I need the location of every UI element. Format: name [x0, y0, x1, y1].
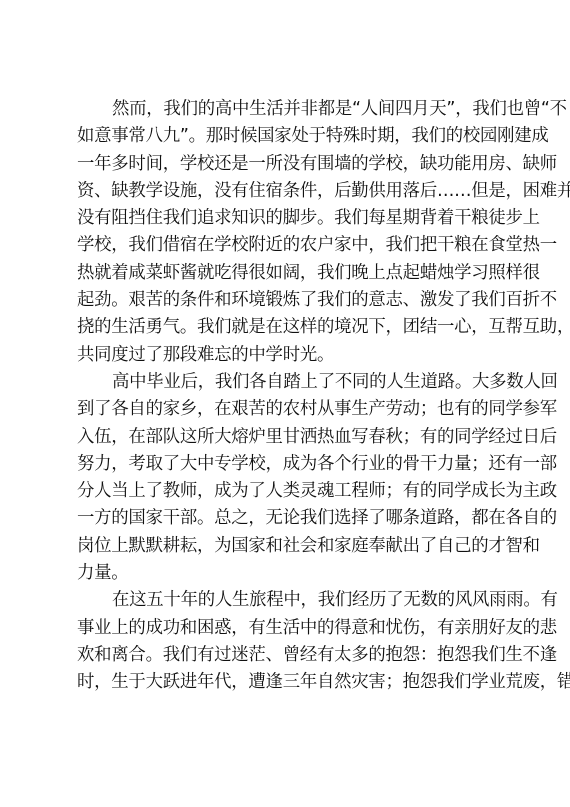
text-line: 挠的生活勇气。我们就是在这样的境况下，团结一心，互帮互助， [77, 314, 501, 341]
text-line: 分人当上了教师，成为了人类灵魂工程师；有的同学成长为主政 [77, 478, 501, 505]
text-line: 高中毕业后，我们各自踏上了不同的人生道路。大多数人回 [77, 369, 501, 396]
text-line: 学校，我们借宿在学校附近的农户家中，我们把干粮在食堂热一 [77, 232, 501, 259]
text-line: 欢和离合。我们有过迷茫、曾经有太多的抱怨：抱怨我们生不逢 [77, 642, 501, 669]
text-line: 没有阻挡住我们追求知识的脚步。我们每星期背着干粮徒步上 [77, 205, 501, 232]
text-line: 到了各自的家乡，在艰苦的农村从事生产劳动；也有的同学参军 [77, 396, 501, 423]
text-line: 然而，我们的高中生活并非都是“人间四月天”，我们也曾“不 [77, 96, 501, 123]
text-line: 一方的国家干部。总之，无论我们选择了哪条道路，都在各自的 [77, 505, 501, 532]
text-line: 在这五十年的人生旅程中，我们经历了无数的风风雨雨。有 [77, 587, 501, 614]
text-line: 一年多时间，学校还是一所没有围墙的学校，缺功能用房、缺师 [77, 151, 501, 178]
text-line: 共同度过了那段难忘的中学时光。 [77, 342, 501, 369]
text-line: 起劲。艰苦的条件和环境锻炼了我们的意志、激发了我们百折不 [77, 287, 501, 314]
text-line: 热就着咸菜虾酱就吃得很如阔，我们晚上点起蜡烛学习照样很 [77, 260, 501, 287]
text-line: 如意事常八九”。那时候国家处于特殊时期，我们的校园刚建成 [77, 123, 501, 150]
text-line: 资、缺教学设施，没有住宿条件，后勤供用落后……但是，困难并 [77, 178, 501, 205]
text-line: 努力，考取了大中专学校，成为各个行业的骨干力量；还有一部 [77, 451, 501, 478]
text-line: 时，生于大跃进年代，遭逢三年自然灾害；抱怨我们学业荒废，错 [77, 669, 501, 696]
text-line: 力量。 [77, 560, 501, 587]
text-line: 事业上的成功和困惑，有生活中的得意和忧伤，有亲朋好友的悲 [77, 615, 501, 642]
text-line: 入伍，在部队这所大熔炉里甘洒热血写春秋；有的同学经过日后 [77, 424, 501, 451]
document-page: 然而，我们的高中生活并非都是“人间四月天”，我们也曾“不 如意事常八九”。那时候… [77, 96, 501, 697]
text-line: 岗位上默默耕耘，为国家和社会和家庭奉献出了自己的才智和 [77, 533, 501, 560]
